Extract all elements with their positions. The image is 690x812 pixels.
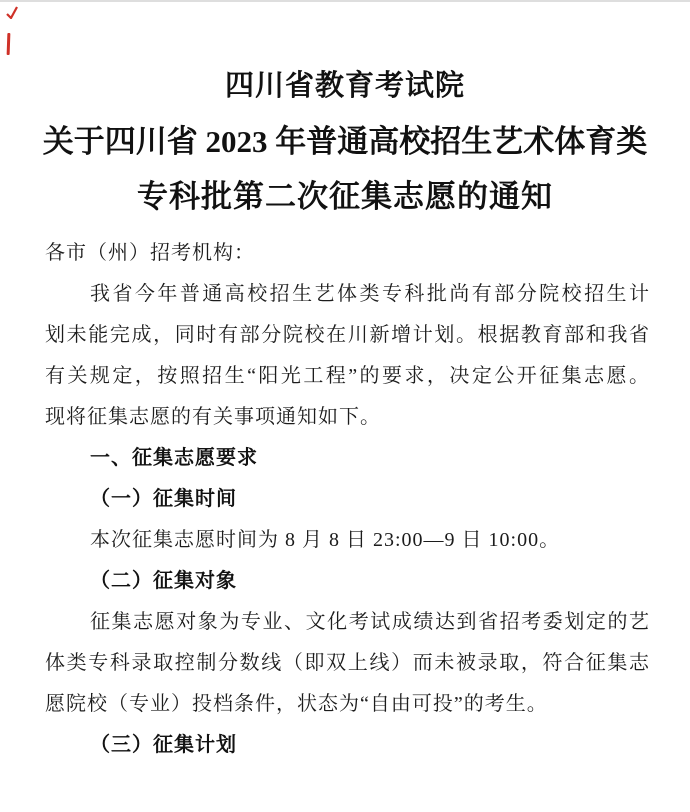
para1-line-3: 有关规定，按照招生“阳光工程”的要求，决定公开征集志愿。	[45, 356, 650, 397]
salutation: 各市（州）招考机构：	[45, 233, 650, 274]
title-line-3: 专科批第二次征集志愿的通知	[0, 169, 690, 224]
top-hairline	[0, 0, 690, 2]
title-line-1: 四川省教育考试院	[0, 58, 690, 114]
collection-time-line: 本次征集志愿时间为 8 月 8 日 23:00—9 日 10:00。	[45, 520, 650, 561]
red-ink-tick-icon	[6, 6, 18, 24]
para1-line-4: 现将征集志愿的有关事项通知如下。	[45, 397, 650, 438]
sub-heading-1: （一）征集时间	[45, 479, 650, 520]
para2-line-1: 征集志愿对象为专业、文化考试成绩达到省招考委划定的艺	[45, 602, 650, 643]
sub-heading-2: （二）征集对象	[45, 561, 650, 602]
sub-heading-3: （三）征集计划	[45, 725, 650, 766]
red-ink-dash-icon	[7, 33, 11, 55]
para2-line-2: 体类专科录取控制分数线（即双上线）而未被录取，符合征集志	[45, 643, 650, 684]
para2-line-3: 愿院校（专业）投档条件，状态为“自由可投”的考生。	[45, 684, 650, 725]
para1-line-2: 划未能完成，同时有部分院校在川新增计划。根据教育部和我省	[45, 315, 650, 356]
notice-document: 四川省教育考试院 关于四川省 2023 年普通高校招生艺术体育类 专科批第二次征…	[0, 0, 690, 812]
section-1-heading: 一、征集志愿要求	[45, 438, 650, 479]
para1-line-1: 我省今年普通高校招生艺体类专科批尚有部分院校招生计	[45, 274, 650, 315]
document-body: 各市（州）招考机构： 我省今年普通高校招生艺体类专科批尚有部分院校招生计 划未能…	[0, 233, 690, 766]
title-line-2: 关于四川省 2023 年普通高校招生艺术体育类	[0, 114, 690, 169]
document-title: 四川省教育考试院 关于四川省 2023 年普通高校招生艺术体育类 专科批第二次征…	[0, 58, 690, 224]
